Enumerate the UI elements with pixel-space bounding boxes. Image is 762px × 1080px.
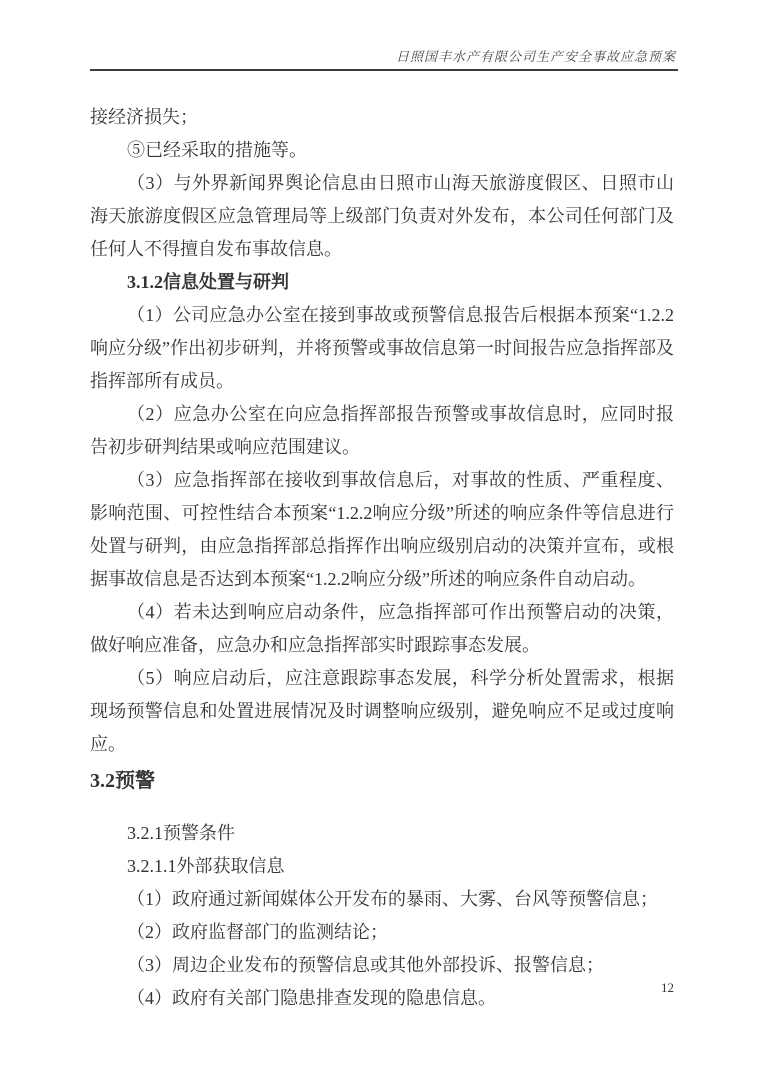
list-item-paragraph: （2）政府监督部门的监测结论； [90, 916, 674, 949]
paragraph: （3）与外界新闻界舆论信息由日照市山海天旅游度假区、日照市山海天旅游度假区应急管… [90, 167, 674, 266]
subsection-heading: 3.2.1.1外部获取信息 [90, 850, 674, 883]
header-rule [90, 69, 678, 71]
list-item-paragraph: （3）周边企业发布的预警信息或其他外部投诉、报警信息； [90, 949, 674, 982]
paragraph: （4）若未达到响应启动条件，应急指挥部可作出预警启动的决策，做好响应准备，应急办… [90, 596, 674, 662]
page-header: 日照国丰水产有限公司生产安全事故应急预案 [90, 46, 678, 71]
header-title: 日照国丰水产有限公司生产安全事故应急预案 [90, 46, 678, 65]
section-heading: 3.2预警 [90, 764, 674, 798]
list-item-paragraph: （1）政府通过新闻媒体公开发布的暴雨、大雾、台风等预警信息； [90, 883, 674, 916]
subsection-heading: 3.2.1预警条件 [90, 817, 674, 850]
paragraph: （5）响应启动后，应注意跟踪事态发展，科学分析处置需求，根据现场预警信息和处置进… [90, 662, 674, 761]
paragraph: （1）公司应急办公室在接到事故或预警信息报告后根据本预案“1.2.2响应分级”作… [90, 299, 674, 398]
page-number: 12 [661, 980, 674, 995]
document-page: 日照国丰水产有限公司生产安全事故应急预案 接经济损失； ⑤已经采取的措施等。 （… [0, 0, 762, 1080]
page-footer: 12 [90, 980, 674, 996]
paragraph-continuation: 接经济损失； [90, 101, 674, 134]
document-content: 接经济损失； ⑤已经采取的措施等。 （3）与外界新闻界舆论信息由日照市山海天旅游… [90, 101, 674, 1015]
paragraph: （2）应急办公室在向应急指挥部报告预警或事故信息时，应同时报告初步研判结果或响应… [90, 398, 674, 464]
paragraph: ⑤已经采取的措施等。 [90, 134, 674, 167]
paragraph: （3）应急指挥部在接收到事故信息后，对事故的性质、严重程度、影响范围、可控性结合… [90, 464, 674, 596]
subsection-heading: 3.1.2信息处置与研判 [90, 266, 674, 299]
